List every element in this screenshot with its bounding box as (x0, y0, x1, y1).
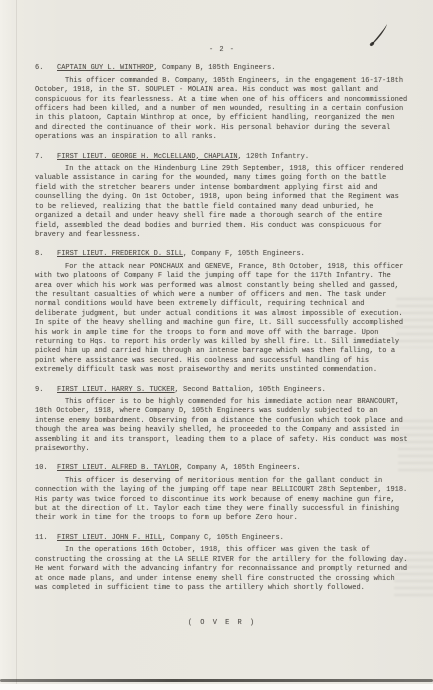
item-number: 9. (35, 386, 57, 395)
item-number: 11. (35, 534, 57, 543)
officer-unit: , Company C, 105th Engineers. (162, 534, 284, 542)
paper-crease-line (16, 0, 17, 684)
typewritten-text-block: - 2 - 6.CAPTAIN GUY L. WINTHROP, Company… (35, 46, 409, 629)
officer-name: CAPTAIN GUY L. WINTHROP (57, 64, 154, 72)
officer-unit: , Company B, 105th Engineers. (154, 64, 276, 72)
scanned-page: - 2 - 6.CAPTAIN GUY L. WINTHROP, Company… (0, 0, 433, 684)
citation-heading: 8.FIRST LIEUT. FREDERICK D. SILL, Compan… (35, 250, 409, 259)
officer-name: FIRST LIEUT. GEORGE H. McCLELLAND, CHAPL… (57, 153, 238, 161)
officer-unit: , Company F, 105th Engineers. (183, 250, 305, 258)
pen-mark-blemish (366, 22, 392, 48)
citation-body: This officer commanded B. Company, 105th… (35, 77, 409, 143)
citation-item: 11.FIRST LIEUT. JOHN F. HILL, Company C,… (35, 534, 409, 593)
citation-item: 10.FIRST LIEUT. ALFRED B. TAYLOR, Compan… (35, 464, 409, 523)
officer-name: FIRST LIEUT. FREDERICK D. SILL (57, 250, 183, 258)
citation-item: 7.FIRST LIEUT. GEORGE H. McCLELLAND, CHA… (35, 153, 409, 241)
page-number: - 2 - (35, 46, 409, 55)
item-number: 6. (35, 64, 57, 73)
citation-body: This officer is deserving of meritorious… (35, 477, 409, 524)
citation-body: For the attack near PONCHAUX and GENEVE,… (35, 263, 409, 376)
item-number: 8. (35, 250, 57, 259)
officer-name: FIRST LIEUT. ALFRED B. TAYLOR (57, 464, 179, 472)
officer-unit: , Company A, 105th Engineers. (179, 464, 301, 472)
officer-unit: , 120th Infantry. (238, 153, 309, 161)
citation-item: 9.FIRST LIEUT. HARRY S. TUCKER, Second B… (35, 386, 409, 455)
item-number: 10. (35, 464, 57, 473)
citation-heading: 10.FIRST LIEUT. ALFRED B. TAYLOR, Compan… (35, 464, 409, 473)
citation-heading: 7.FIRST LIEUT. GEORGE H. McCLELLAND, CHA… (35, 153, 409, 162)
citation-item: 6.CAPTAIN GUY L. WINTHROP, Company B, 10… (35, 64, 409, 142)
citation-item: 8.FIRST LIEUT. FREDERICK D. SILL, Compan… (35, 250, 409, 375)
citation-body: In the operations 16th October, 1918, th… (35, 546, 409, 593)
citation-items: 6.CAPTAIN GUY L. WINTHROP, Company B, 10… (35, 64, 409, 593)
officer-unit: , Second Battalion, 105th Engineers. (175, 386, 326, 394)
citation-heading: 9.FIRST LIEUT. HARRY S. TUCKER, Second B… (35, 386, 409, 395)
item-number: 7. (35, 153, 57, 162)
citation-heading: 6.CAPTAIN GUY L. WINTHROP, Company B, 10… (35, 64, 409, 73)
citation-body: In the attack on the Hindenburg Line 29t… (35, 165, 409, 240)
officer-name: FIRST LIEUT. HARRY S. TUCKER (57, 386, 175, 394)
over-footer: ( O V E R ) (35, 619, 409, 628)
officer-name: FIRST LIEUT. JOHN F. HILL (57, 534, 162, 542)
citation-body: This officer is to be highly commended f… (35, 398, 409, 454)
citation-heading: 11.FIRST LIEUT. JOHN F. HILL, Company C,… (35, 534, 409, 543)
scan-bottom-edge-shadow (0, 679, 433, 682)
